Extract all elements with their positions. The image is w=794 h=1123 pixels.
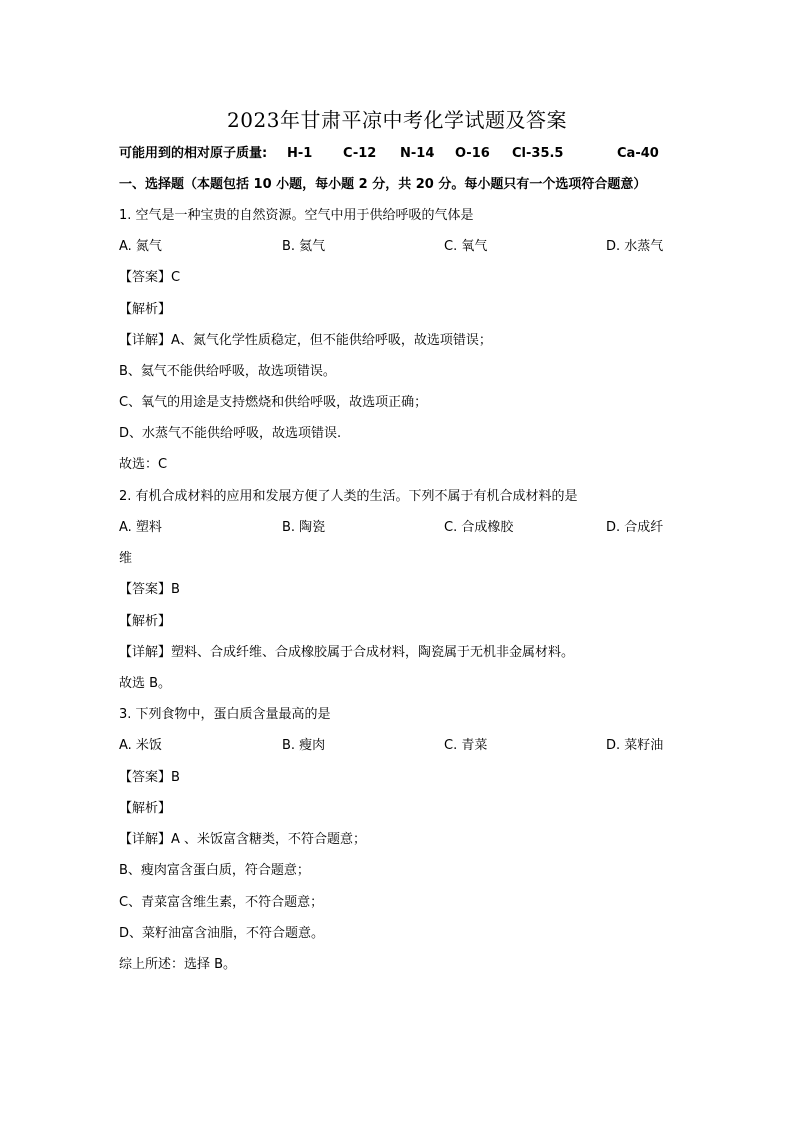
question-3-option-d: D. 菜籽油 — [606, 738, 663, 754]
atomic-mass-label: 可能用到的相对原子质量: — [119, 146, 267, 161]
atomic-mass-line: 可能用到的相对原子质量: — [119, 146, 267, 162]
question-2-option-c: C. 合成橡胶 — [444, 520, 513, 536]
question-3-conclusion: 综上所述：选择 B。 — [119, 957, 236, 973]
question-1-stem: 1. 空气是一种宝贵的自然资源。空气中用于供给呼吸的气体是 — [119, 208, 474, 224]
question-1-option-a: A. 氮气 — [119, 239, 162, 255]
question-3-detail: 【详解】A 、米饭富含糖类，不符合题意； — [119, 832, 366, 848]
question-2-analysis-label: 【解析】 — [119, 614, 171, 630]
page-title: 2023年甘肃平凉中考化学试题及答案 — [0, 104, 794, 133]
question-2-option-b: B. 陶瓷 — [282, 520, 325, 536]
question-1-detail: B、氦气不能供给呼吸，故选项错误。 — [119, 364, 336, 380]
question-3-option-b: B. 瘦肉 — [282, 738, 325, 754]
question-1-detail: C、氧气的用途是支持燃烧和供给呼吸，故选项正确； — [119, 395, 427, 411]
question-2-conclusion: 故选 B。 — [119, 676, 171, 692]
document-page: 2023年甘肃平凉中考化学试题及答案 可能用到的相对原子质量: H-1 C-12… — [0, 0, 794, 1123]
question-1-conclusion: 故选：C — [119, 457, 167, 473]
question-3-detail: D、菜籽油富含油脂，不符合题意。 — [119, 926, 324, 942]
question-2-option-d-wrap: 维 — [119, 551, 132, 567]
atomic-mass-o: O-16 — [455, 146, 490, 162]
question-2-option-d: D. 合成纤 — [606, 520, 663, 536]
question-2-stem: 2. 有机合成材料的应用和发展方便了人类的生活。下列不属于有机合成材料的是 — [119, 489, 578, 505]
atomic-mass-cl: Cl-35.5 — [512, 146, 563, 162]
question-3-analysis-label: 【解析】 — [119, 801, 171, 817]
question-1-answer: 【答案】C — [119, 270, 180, 286]
question-2-answer: 【答案】B — [119, 582, 180, 598]
atomic-mass-h: H-1 — [287, 146, 312, 162]
question-3-detail: C、青菜富含维生素，不符合题意； — [119, 895, 323, 911]
question-2-detail: 【详解】塑料、合成纤维、合成橡胶属于合成材料，陶瓷属于无机非金属材料。 — [119, 645, 574, 661]
question-3-option-c: C. 青菜 — [444, 738, 487, 754]
question-3-option-a: A. 米饭 — [119, 738, 162, 754]
question-1-detail: 【详解】A、氮气化学性质稳定，但不能供给呼吸，故选项错误； — [119, 333, 492, 349]
section-heading: 一、选择题（本题包括 10 小题，每小题 2 分，共 20 分。每小题只有一个选… — [119, 177, 646, 193]
question-3-stem: 3. 下列食物中，蛋白质含量最高的是 — [119, 707, 331, 723]
question-3-detail: B、瘦肉富含蛋白质，符合题意； — [119, 863, 310, 879]
atomic-mass-ca: Ca-40 — [617, 146, 659, 162]
question-1-option-b: B. 氦气 — [282, 239, 325, 255]
question-2-option-a: A. 塑料 — [119, 520, 162, 536]
question-1-option-c: C. 氧气 — [444, 239, 487, 255]
atomic-mass-n: N-14 — [400, 146, 434, 162]
question-1-analysis-label: 【解析】 — [119, 302, 171, 318]
question-3-answer: 【答案】B — [119, 770, 180, 786]
question-1-option-d: D. 水蒸气 — [606, 239, 663, 255]
question-1-detail: D、水蒸气不能供给呼吸，故选项错误. — [119, 426, 341, 442]
atomic-mass-c: C-12 — [343, 146, 376, 162]
